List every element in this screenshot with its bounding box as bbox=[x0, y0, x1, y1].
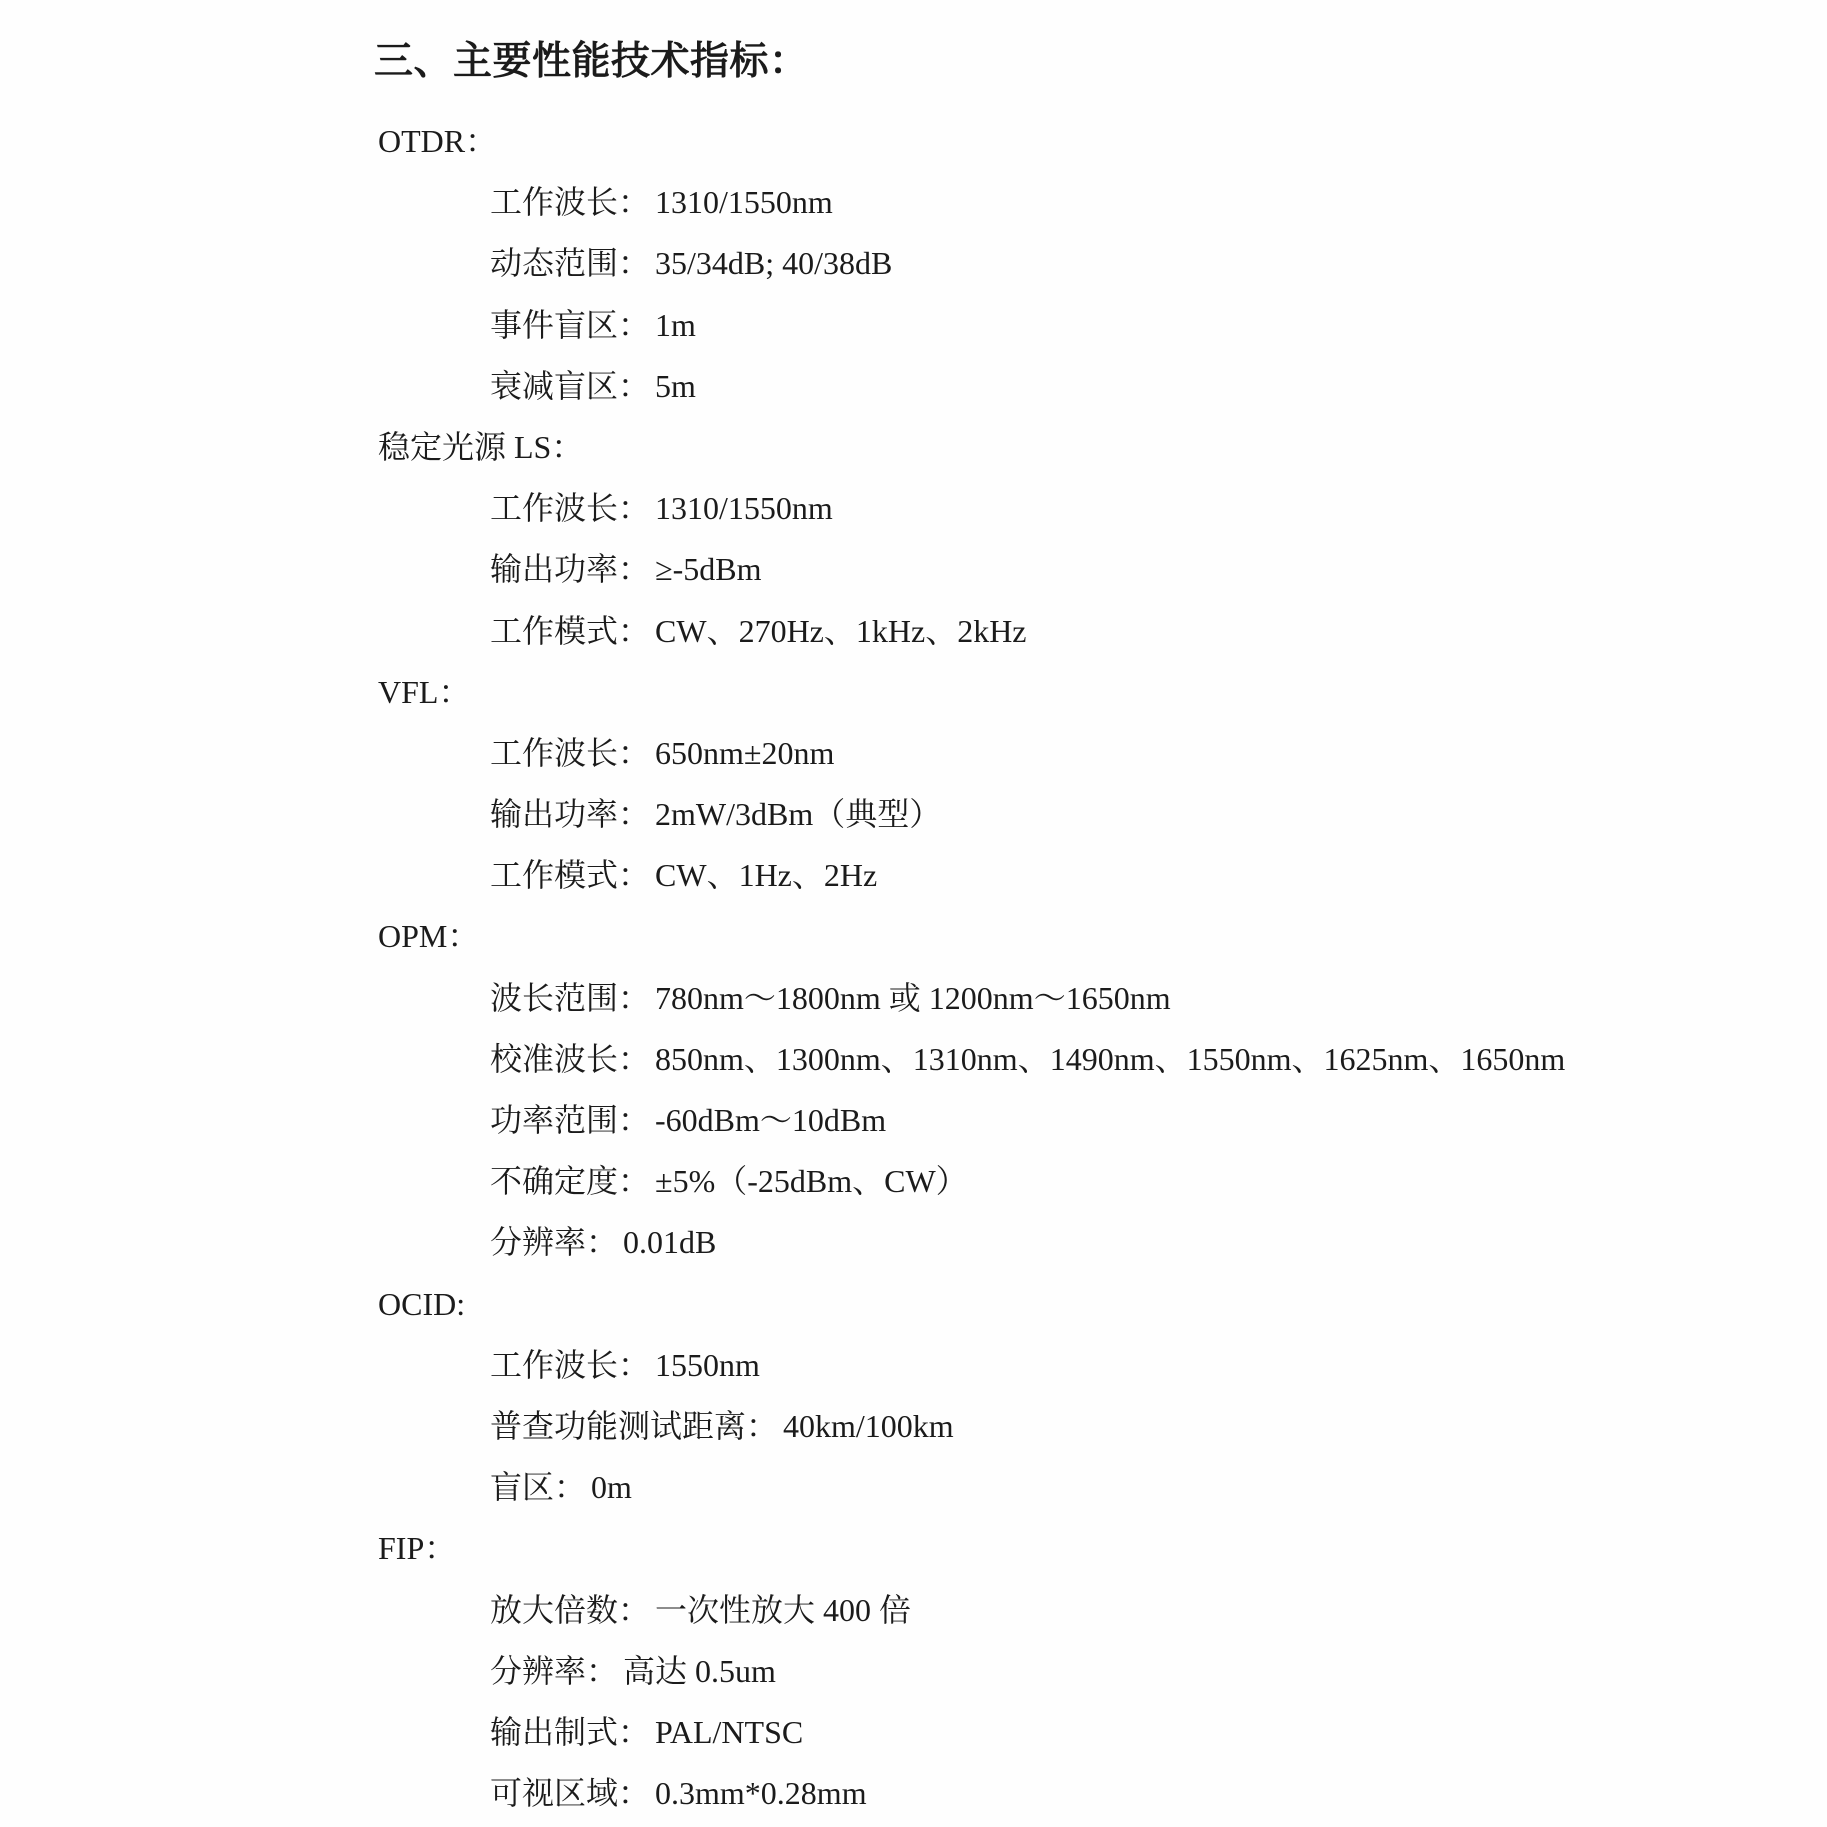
spec-row: 工作波长：650nm±20nm bbox=[0, 723, 1827, 784]
spec-label: 波长范围： bbox=[490, 980, 650, 1016]
spec-label: 输出制式： bbox=[490, 1714, 650, 1750]
spec-row: 可视区域：0.3mm*0.28mm bbox=[0, 1763, 1827, 1824]
section-heading-otdr: OTDR： bbox=[0, 111, 1827, 172]
spec-value: ±5%（-25dBm、CW） bbox=[655, 1163, 968, 1199]
section-heading-ls: 稳定光源 LS： bbox=[0, 417, 1827, 478]
spec-label: 动态范围： bbox=[490, 245, 650, 281]
spec-value: 35/34dB; 40/38dB bbox=[655, 245, 892, 281]
spec-value: 650nm±20nm bbox=[655, 735, 834, 771]
spec-value: CW、1Hz、2Hz bbox=[655, 857, 877, 893]
spec-value: ≥-5dBm bbox=[655, 551, 761, 587]
spec-row: 输出制式：PAL/NTSC bbox=[0, 1702, 1827, 1763]
spec-label: 放大倍数： bbox=[490, 1592, 650, 1628]
spec-label: 工作波长： bbox=[490, 490, 650, 526]
spec-label: 输出功率： bbox=[490, 796, 650, 832]
spec-row: 盲区：0m bbox=[0, 1457, 1827, 1518]
spec-label: 功率范围： bbox=[490, 1102, 650, 1138]
spec-label: 不确定度： bbox=[490, 1163, 650, 1199]
spec-label: 可视区域： bbox=[490, 1775, 650, 1811]
spec-row: 输出功率：2mW/3dBm（典型） bbox=[0, 784, 1827, 845]
spec-value: 1310/1550nm bbox=[655, 184, 833, 220]
spec-label: 校准波长： bbox=[490, 1041, 650, 1077]
spec-label: 工作模式： bbox=[490, 613, 650, 649]
spec-row: 校准波长：850nm、1300nm、1310nm、1490nm、1550nm、1… bbox=[0, 1029, 1827, 1090]
spec-value: 40km/100km bbox=[783, 1408, 954, 1444]
spec-row: 放大倍数：一次性放大 400 倍 bbox=[0, 1580, 1827, 1641]
spec-value: 0.01dB bbox=[623, 1224, 716, 1260]
spec-row: 工作波长：1310/1550nm bbox=[0, 478, 1827, 539]
spec-label: 工作波长： bbox=[490, 1347, 650, 1383]
spec-row: 动态范围：35/34dB; 40/38dB bbox=[0, 233, 1827, 294]
spec-value: 780nm～1800nm 或 1200nm～1650nm bbox=[655, 980, 1171, 1016]
spec-label: 工作波长： bbox=[490, 184, 650, 220]
spec-row: 工作波长：1310/1550nm bbox=[0, 172, 1827, 233]
spec-row: 功率范围：-60dBm～10dBm bbox=[0, 1090, 1827, 1151]
section-heading-fip: FIP： bbox=[0, 1518, 1827, 1579]
spec-label: 工作模式： bbox=[490, 857, 650, 893]
spec-row: 工作波长：1550nm bbox=[0, 1335, 1827, 1396]
spec-value: 高达 0.5um bbox=[623, 1653, 776, 1689]
spec-value: 1550nm bbox=[655, 1347, 760, 1383]
spec-value: 1m bbox=[655, 307, 696, 343]
spec-label: 分辨率： bbox=[490, 1653, 618, 1689]
spec-row: 分辨率：高达 0.5um bbox=[0, 1641, 1827, 1702]
spec-value: -60dBm～10dBm bbox=[655, 1102, 886, 1138]
spec-value: 一次性放大 400 倍 bbox=[655, 1592, 911, 1628]
section-heading-vfl: VFL： bbox=[0, 662, 1827, 723]
section-heading-label: OTDR： bbox=[378, 123, 497, 159]
section-heading-label: FIP： bbox=[378, 1530, 456, 1566]
section-heading-ocid: OCID: bbox=[0, 1274, 1827, 1335]
spec-label: 分辨率： bbox=[490, 1224, 618, 1260]
section-heading-label: OCID: bbox=[378, 1286, 465, 1322]
section-heading-label: VFL： bbox=[378, 674, 470, 710]
section-heading-opm: OPM： bbox=[0, 906, 1827, 967]
spec-list: OTDR： 工作波长：1310/1550nm 动态范围：35/34dB; 40/… bbox=[0, 111, 1827, 1824]
section-heading-label: OPM： bbox=[378, 918, 479, 954]
section-heading-label: 稳定光源 LS： bbox=[378, 429, 583, 465]
spec-value: 0m bbox=[591, 1469, 632, 1505]
spec-value: 850nm、1300nm、1310nm、1490nm、1550nm、1625nm… bbox=[655, 1041, 1565, 1077]
spec-row: 普查功能测试距离：40km/100km bbox=[0, 1396, 1827, 1457]
spec-row: 工作模式：CW、270Hz、1kHz、2kHz bbox=[0, 601, 1827, 662]
spec-label: 普查功能测试距离： bbox=[490, 1408, 778, 1444]
page-title: 三、主要性能技术指标： bbox=[374, 30, 809, 86]
spec-label: 输出功率： bbox=[490, 551, 650, 587]
spec-label: 工作波长： bbox=[490, 735, 650, 771]
spec-row: 波长范围：780nm～1800nm 或 1200nm～1650nm bbox=[0, 968, 1827, 1029]
spec-label: 衰减盲区： bbox=[490, 368, 650, 404]
spec-row: 输出功率：≥-5dBm bbox=[0, 539, 1827, 600]
spec-row: 事件盲区：1m bbox=[0, 295, 1827, 356]
spec-label: 事件盲区： bbox=[490, 307, 650, 343]
spec-value: 2mW/3dBm（典型） bbox=[655, 796, 941, 832]
spec-row: 分辨率：0.01dB bbox=[0, 1212, 1827, 1273]
spec-row: 衰减盲区：5m bbox=[0, 356, 1827, 417]
spec-value: CW、270Hz、1kHz、2kHz bbox=[655, 613, 1027, 649]
spec-value: 5m bbox=[655, 368, 696, 404]
spec-value: 0.3mm*0.28mm bbox=[655, 1775, 867, 1811]
spec-label: 盲区： bbox=[490, 1469, 586, 1505]
spec-value: PAL/NTSC bbox=[655, 1714, 803, 1750]
spec-row: 工作模式：CW、1Hz、2Hz bbox=[0, 845, 1827, 906]
spec-row: 不确定度：±5%（-25dBm、CW） bbox=[0, 1151, 1827, 1212]
spec-value: 1310/1550nm bbox=[655, 490, 833, 526]
document-page: 三、主要性能技术指标： OTDR： 工作波长：1310/1550nm 动态范围：… bbox=[0, 0, 1827, 1827]
